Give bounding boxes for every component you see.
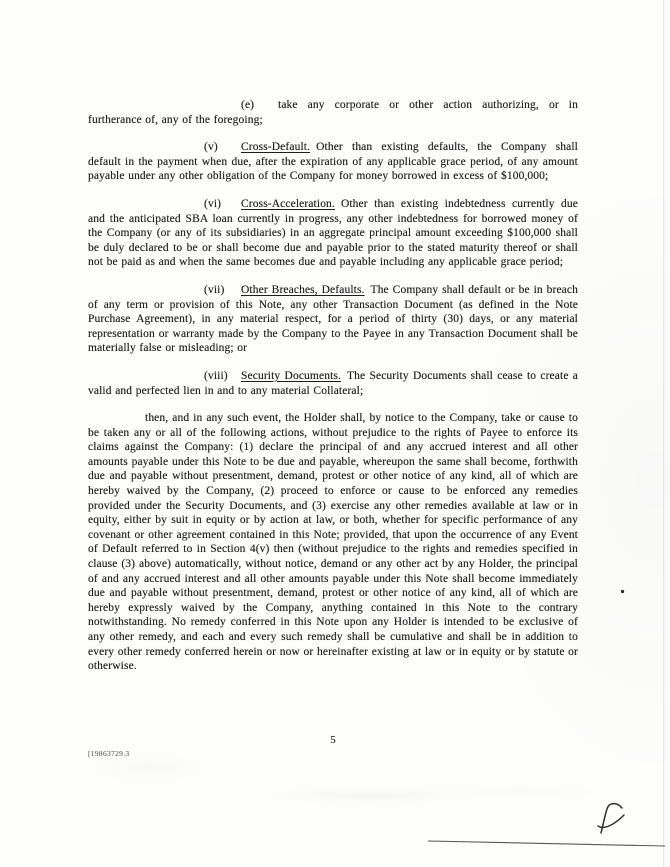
clause-label: (vi) [204, 197, 241, 212]
clause-label: (viii) [204, 369, 241, 384]
signature-mark-icon [589, 801, 631, 839]
clause-label: (vii) [204, 283, 241, 298]
clause-viii-security-documents: (viii)Security Documents.The Security Do… [88, 369, 578, 398]
clause-body: Other than existing defaults, the Compan… [88, 141, 578, 182]
clause-heading: Cross-Default. [241, 141, 310, 153]
clause-heading: Other Breaches, Defaults. [241, 284, 365, 296]
clause-heading: Security Documents. [241, 370, 341, 382]
clause-label: (v) [204, 140, 241, 155]
clause-body: take any corporate or other action autho… [88, 99, 578, 126]
document-id-stamp: [19863729.3 [88, 749, 129, 758]
document-body: (e)take any corporate or other action au… [88, 98, 578, 674]
page-number: 5 [0, 734, 666, 746]
clause-heading: Cross-Acceleration. [241, 198, 335, 210]
clause-vi-cross-acceleration: (vi)Cross-Acceleration.Other than existi… [88, 197, 578, 270]
page-edge-line [663, 0, 664, 867]
clause-e: (e)take any corporate or other action au… [88, 98, 578, 127]
clause-label: (e) [241, 98, 278, 113]
document-page: (e)take any corporate or other action au… [0, 0, 670, 867]
clause-vii-other-breaches: (vii)Other Breaches, Defaults.The Compan… [88, 283, 578, 356]
clause-v-cross-default: (v)Cross-Default.Other than existing def… [88, 140, 578, 184]
remedies-paragraph: then, and in any such event, the Holder … [88, 411, 578, 674]
signature-line [428, 837, 665, 849]
ink-speck [621, 590, 624, 593]
